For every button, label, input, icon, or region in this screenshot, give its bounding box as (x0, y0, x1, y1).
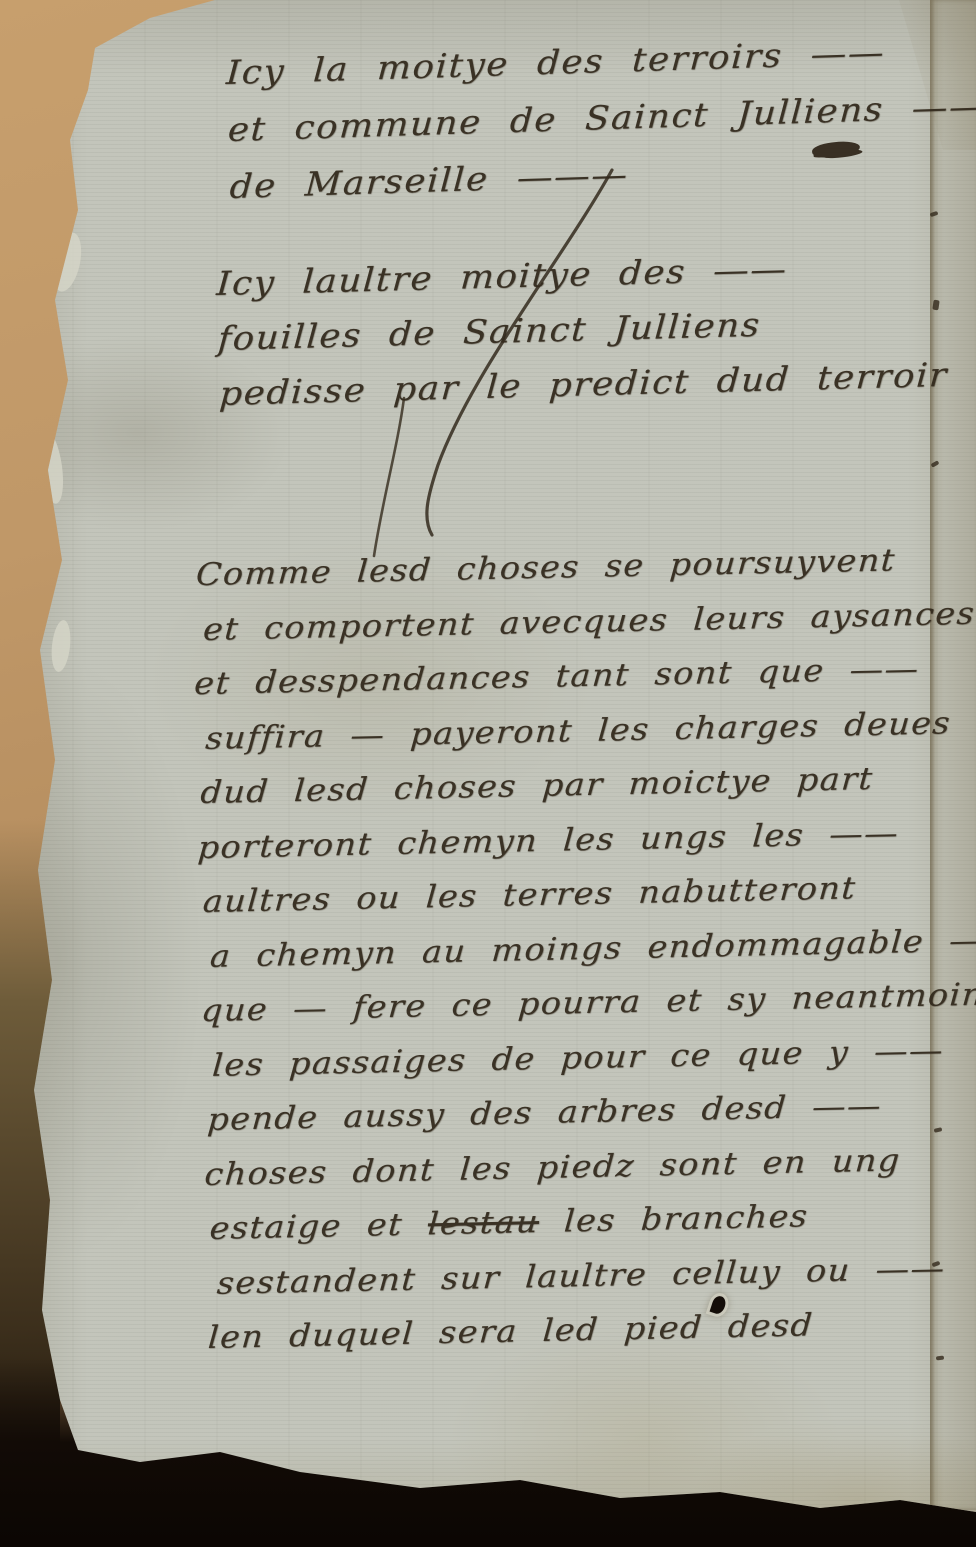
struck-out-word: lestau (427, 1204, 540, 1242)
torn-paper-bit (49, 619, 72, 673)
second-paragraph: Icy laultre moitye des —— fouilles de Sa… (216, 238, 895, 421)
heading-paragraph: Icy la moitye des terroirs —— et commune… (225, 22, 933, 215)
line-text-after: les branches (538, 1198, 810, 1240)
line-text-before: estaige et (209, 1206, 430, 1247)
body-paragraph: Comme lesd choses se poursuyvent et comp… (195, 532, 967, 1365)
pen-flourish-icon (374, 398, 404, 556)
manuscript-photo: Icy la moitye des terroirs —— et commune… (0, 0, 976, 1547)
manuscript-page: Icy la moitye des terroirs —— et commune… (0, 0, 976, 1547)
